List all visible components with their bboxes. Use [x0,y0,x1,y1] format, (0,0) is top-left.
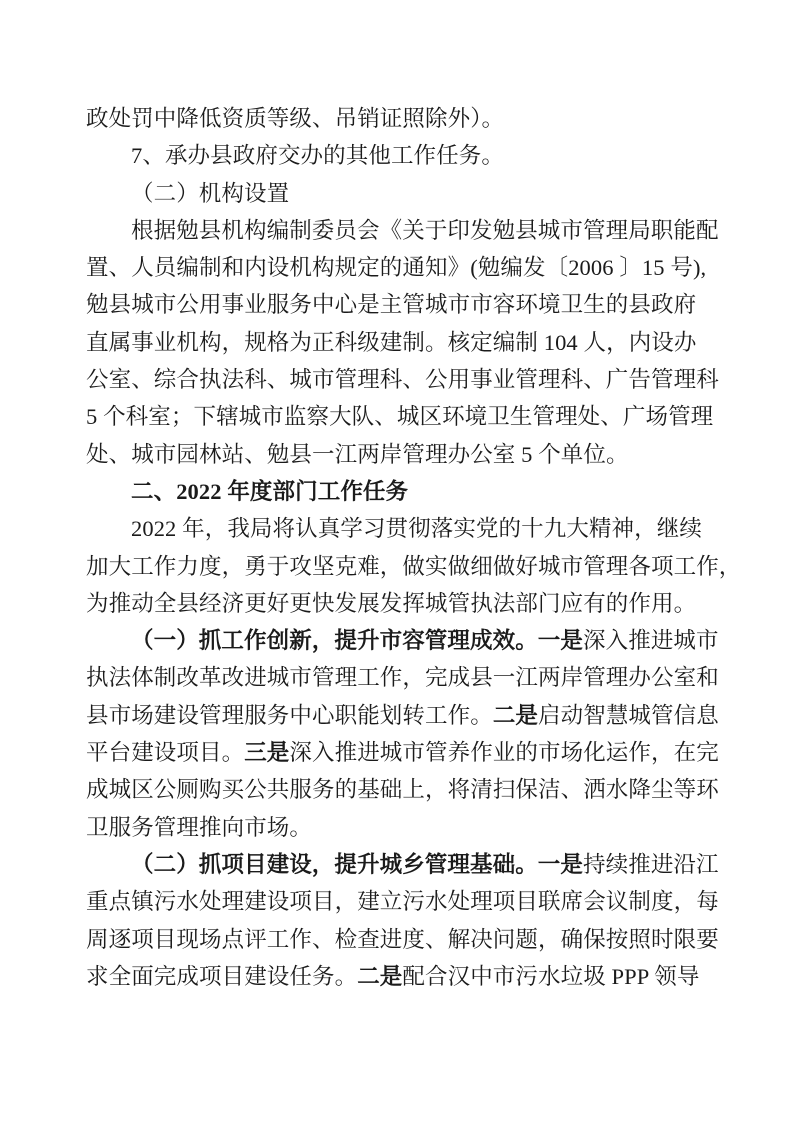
text-segment: 7、承办县政府交办的其他工作任务。 [131,143,504,168]
text-line: 根据勉县机构编制委员会《关于印发勉县城市管理局职能配 [86,212,711,249]
text-segment: 执法体制改革改进城市管理工作，完成县一江两岸管理办公室和 [86,665,719,690]
text-segment: 处、城市园林站、勉县一江两岸管理办公室 5 个单位。 [86,442,629,467]
text-segment: 配合汉中市污水垃圾 PPP 领导 [402,964,699,989]
text-segment: 公室、综合执法科、城市管理科、公用事业管理科、广告管理科 [86,367,719,392]
text-line: （二）抓项目建设，提升城乡管理基础。一是持续推进沿江 [86,846,711,883]
text-line: 5 个科室；下辖城市监察大队、城区环境卫生管理处、广场管理 [86,398,711,435]
text-line: 重点镇污水处理建设项目，建立污水处理项目联席会议制度，每 [86,883,711,920]
text-segment: 直属事业机构，规格为正科级建制。核定编制 104 人，内设办 [86,330,697,355]
text-segment: 深入推进城市管养作业的市场化运作，在完 [289,740,718,765]
text-line: 求全面完成项目建设任务。二是配合汉中市污水垃圾 PPP 领导 [86,958,711,995]
text-line: 加大工作力度，勇于攻坚克难，做实做细做好城市管理各项工作， [86,548,711,585]
text-line: 卫服务管理推向市场。 [86,809,711,846]
text-line: 处、城市园林站、勉县一江两岸管理办公室 5 个单位。 [86,436,711,473]
text-line: 公室、综合执法科、城市管理科、公用事业管理科、广告管理科 [86,361,711,398]
text-line: 成城区公厕购买公共服务的基础上，将清扫保洁、洒水降尘等环 [86,771,711,808]
text-line: 为推动全县经济更好更快发展发挥城管执法部门应有的作用。 [86,585,711,622]
bold-text-segment: （一）抓工作创新，提升市容管理成效。一是 [131,628,583,653]
text-segment: 重点镇污水处理建设项目，建立污水处理项目联席会议制度，每 [86,889,719,914]
text-segment: 平台建设项目。 [86,740,244,765]
text-segment: 成城区公厕购买公共服务的基础上，将清扫保洁、洒水降尘等环 [86,777,719,802]
bold-text-segment: 三是 [244,740,289,765]
text-line: 政处罚中降低资质等级、吊销证照除外）。 [86,100,711,137]
text-segment: 启动智慧城管信息 [538,703,719,728]
bold-text-segment: （二）抓项目建设，提升城乡管理基础。一是 [131,852,583,877]
text-line: 平台建设项目。三是深入推进城市管养作业的市场化运作，在完 [86,734,711,771]
text-segment: 为推动全县经济更好更快发展发挥城管执法部门应有的作用。 [86,591,696,616]
text-line: 二、2022 年度部门工作任务 [86,473,711,510]
text-line: 县市场建设管理服务中心职能划转工作。二是启动智慧城管信息 [86,697,711,734]
text-segment: 勉县城市公用事业服务中心是主管城市市容环境卫生的县政府 [86,292,696,317]
document-page: 政处罚中降低资质等级、吊销证照除外）。7、承办县政府交办的其他工作任务。（二）机… [0,0,793,1122]
text-segment: 加大工作力度，勇于攻坚克难，做实做细做好城市管理各项工作， [86,554,741,579]
document-body: 政处罚中降低资质等级、吊销证照除外）。7、承办县政府交办的其他工作任务。（二）机… [86,100,711,995]
text-segment: 深入推进城市 [583,628,719,653]
text-line: （一）抓工作创新，提升市容管理成效。一是深入推进城市 [86,622,711,659]
text-segment: （二）机构设置 [131,181,289,206]
bold-text-segment: 二是 [493,703,538,728]
text-segment: 县市场建设管理服务中心职能划转工作。 [86,703,493,728]
text-segment: 持续推进沿江 [583,852,719,877]
text-line: 周逐项目现场点评工作、检查进度、解决问题，确保按照时限要 [86,921,711,958]
text-line: （二）机构设置 [86,175,711,212]
text-segment: 周逐项目现场点评工作、检查进度、解决问题，确保按照时限要 [86,927,719,952]
text-segment: 政处罚中降低资质等级、吊销证照除外）。 [86,106,504,131]
text-segment: 卫服务管理推向市场。 [86,815,312,840]
bold-text-segment: 二是 [357,964,402,989]
text-line: 7、承办县政府交办的其他工作任务。 [86,137,711,174]
text-segment: 求全面完成项目建设任务。 [86,964,357,989]
text-segment: 2022 年，我局将认真学习贯彻落实党的十九大精神，继续 [131,516,702,541]
text-line: 执法体制改革改进城市管理工作，完成县一江两岸管理办公室和 [86,659,711,696]
bold-text-segment: 二、2022 年度部门工作任务 [131,479,408,504]
text-line: 2022 年，我局将认真学习贯彻落实党的十九大精神，继续 [86,510,711,547]
text-line: 直属事业机构，规格为正科级建制。核定编制 104 人，内设办 [86,324,711,361]
text-line: 置、人员编制和内设机构规定的通知》(勉编发〔2006 〕15 号), [86,249,711,286]
text-segment: 5 个科室；下辖城市监察大队、城区环境卫生管理处、广场管理 [86,404,713,429]
text-line: 勉县城市公用事业服务中心是主管城市市容环境卫生的县政府 [86,286,711,323]
text-segment: 置、人员编制和内设机构规定的通知》(勉编发〔2006 〕15 号), [86,255,706,280]
text-segment: 根据勉县机构编制委员会《关于印发勉县城市管理局职能配 [131,218,719,243]
